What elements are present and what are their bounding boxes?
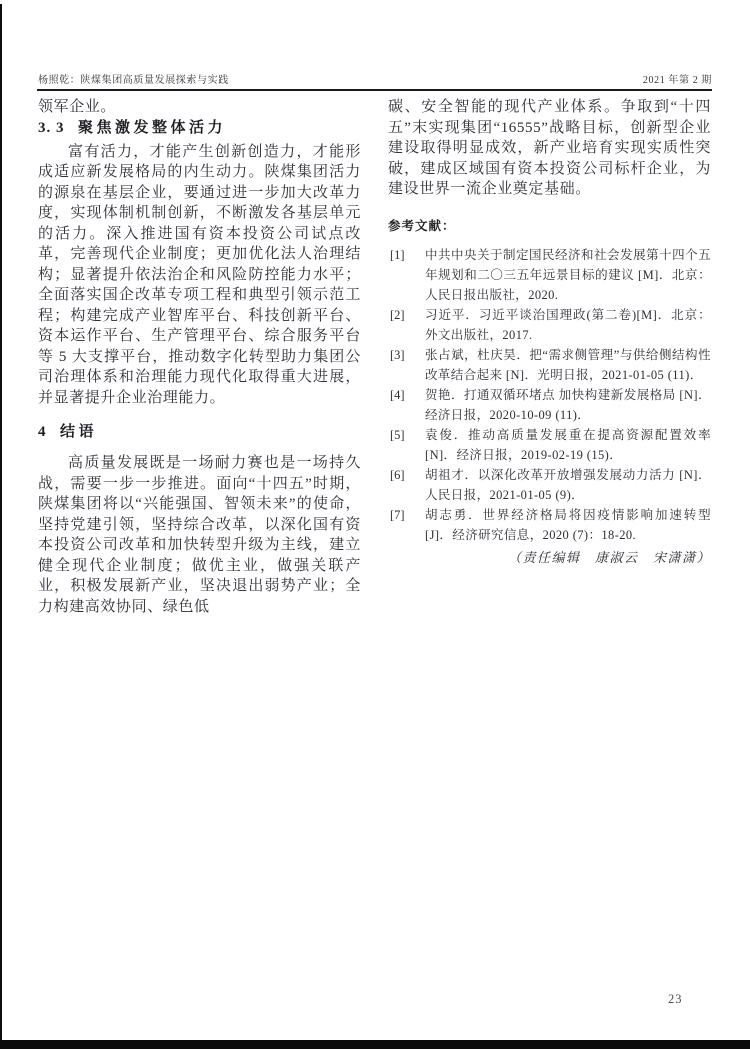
reference-marker: [5] [390, 425, 405, 445]
reference-item: [6] 胡祖才．以深化改革开放增强发展动力活力 [N]．人民日报，2021-01… [388, 465, 711, 505]
section-title: 聚焦激发整体活力 [78, 120, 226, 136]
scan-left-edge [0, 4, 2, 1041]
reference-marker: [6] [390, 465, 405, 485]
reference-item: [4] 贺艳．打通双循环堵点 加快构建新发展格局 [N]．经济日报，2020-1… [388, 385, 711, 425]
reference-text: 中共中央关于制定国民经济和社会发展第十四个五年规划和二〇三五年远景目标的建议 [… [425, 248, 711, 302]
reference-marker: [1] [390, 245, 405, 265]
reference-item: [7] 胡志勇．世界经济格局将因疫情影响加速转型 [J]．经济研究信息，2020… [388, 505, 711, 545]
left-column: 领军企业。 3. 3聚焦激发整体活力 富有活力，才能产生创新创造力，才能形成适应… [38, 97, 361, 617]
page-header: 杨照乾：陕煤集团高质量发展探索与实践 2021 年第 2 期 [38, 71, 712, 86]
reference-marker: [3] [390, 345, 405, 365]
reference-marker: [4] [390, 385, 405, 405]
section-number: 3. 3 [38, 120, 65, 136]
references-heading: 参考文献： [388, 217, 711, 235]
continuation-paragraph: 碳、安全智能的现代产业体系。争取到“十四五”末实现集团“16555”战略目标，创… [388, 97, 711, 200]
reference-text: 张占斌，杜庆昊．把“需求侧管理”与供给侧结构性改革结合起来 [N]．光明日报，2… [425, 348, 711, 382]
section-number: 4 [38, 424, 47, 440]
section-3-3-heading: 3. 3聚焦激发整体活力 [38, 118, 361, 139]
reference-text: 胡祖才．以深化改革开放增强发展动力活力 [N]．人民日报，2021-01-05 … [425, 468, 711, 502]
issue-label: 2021 年第 2 期 [643, 71, 712, 86]
conclusion-paragraph: 高质量发展既是一场耐力赛也是一场持久战，需要一步一步推进。面向“十四五”时期，陕… [38, 453, 361, 617]
right-column: 碳、安全智能的现代产业体系。争取到“十四五”末实现集团“16555”战略目标，创… [388, 97, 711, 617]
running-title: 杨照乾：陕煤集团高质量发展探索与实践 [38, 71, 229, 86]
section-title: 结语 [60, 424, 97, 440]
reference-item: [2] 习近平．习近平谈治国理政(第二卷)[M]．北京：外文出版社，2017. [388, 305, 711, 345]
section-4-heading: 4结语 [38, 422, 361, 443]
reference-text: 习近平．习近平谈治国理政(第二卷)[M]．北京：外文出版社，2017. [425, 308, 711, 342]
reference-marker: [7] [390, 505, 405, 525]
reference-item: [5] 袁俊．推动高质量发展重在提高资源配置效率 [N]．经济日报，2019-0… [388, 425, 711, 465]
references-list: [1] 中共中央关于制定国民经济和社会发展第十四个五年规划和二〇三五年远景目标的… [388, 245, 711, 545]
reference-text: 贺艳．打通双循环堵点 加快构建新发展格局 [N]．经济日报，2020-10-09… [425, 388, 711, 422]
two-column-body: 领军企业。 3. 3聚焦激发整体活力 富有活力，才能产生创新创造力，才能形成适应… [38, 97, 712, 617]
carryover-text: 领军企业。 [38, 97, 361, 118]
section-3-3-paragraph: 富有活力，才能产生创新创造力，才能形成适应新发展格局的内生动力。陕煤集团活力的源… [38, 142, 361, 409]
reference-item: [1] 中共中央关于制定国民经济和社会发展第十四个五年规划和二〇三五年远景目标的… [388, 245, 711, 305]
scan-bottom-edge [0, 1040, 750, 1049]
page-number: 23 [668, 992, 683, 1007]
reference-text: 袁俊．推动高质量发展重在提高资源配置效率 [N]．经济日报，2019-02-19… [425, 428, 711, 462]
reference-item: [3] 张占斌，杜庆昊．把“需求侧管理”与供给侧结构性改革结合起来 [N]．光明… [388, 345, 711, 385]
editors-note: （责任编辑 康淑云 宋潇潇） [388, 548, 711, 568]
reference-text: 胡志勇．世界经济格局将因疫情影响加速转型 [J]．经济研究信息，2020 (7)… [425, 508, 711, 542]
reference-marker: [2] [390, 305, 405, 325]
header-rule [37, 89, 712, 91]
